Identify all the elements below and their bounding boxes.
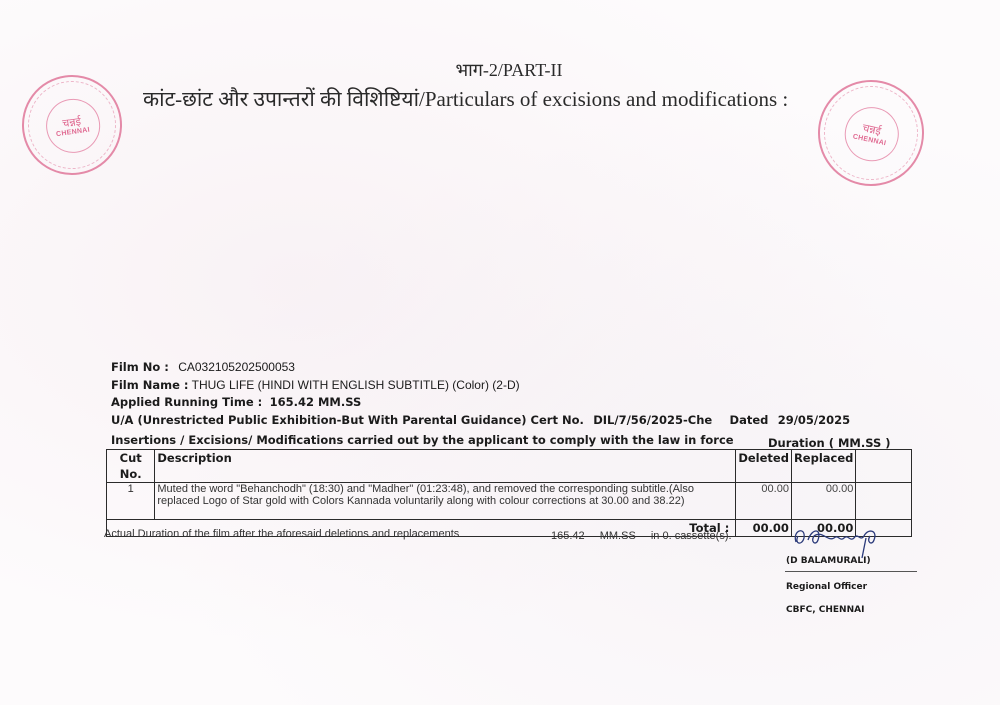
cut-description: Muted the word "Behanchodh" (18:30) and …: [155, 483, 736, 520]
signatory-name: (D BALAMURALI): [786, 556, 871, 566]
film-number-line: Film No : CA032105202500053: [111, 360, 295, 374]
total-deleted: 00.00: [736, 520, 792, 537]
dated-value: 29/05/2025: [778, 413, 850, 427]
dated-label: Dated: [730, 413, 769, 427]
cut-replaced: 00.00: [791, 483, 855, 520]
col-deleted: Deleted: [736, 450, 792, 483]
duration-heading: Duration ( MM.SS ): [768, 436, 891, 450]
col-description: Description: [155, 450, 736, 483]
signature-underline: [785, 571, 917, 572]
film-name-line: Film Name : THUG LIFE (HINDI WITH ENGLIS…: [111, 378, 520, 392]
running-time-value: 165.42 MM.SS: [270, 395, 362, 409]
certificate-line: U/A (Unrestricted Public Exhibition-But …: [111, 413, 850, 427]
running-time-label: Applied Running Time :: [111, 395, 262, 409]
signature-scribble: [788, 520, 888, 560]
cassette-count: in 0. cassette(s).: [651, 530, 732, 542]
actual-duration-unit: MM.SS: [600, 530, 636, 542]
cut-deleted: 00.00: [736, 483, 792, 520]
signatory-office: CBFC, CHENNAI: [786, 605, 864, 615]
cut-blank: [856, 483, 912, 520]
film-number-value: CA032105202500053: [178, 360, 295, 374]
col-replaced: Replaced: [791, 450, 855, 483]
film-name-label: Film Name :: [111, 378, 189, 392]
modifications-heading: Insertions / Excisions/ Modifications ca…: [111, 433, 734, 447]
actual-duration-value: 165.42: [551, 530, 585, 542]
actual-duration-value-line: 165.42 MM.SS in 0. cassette(s).: [551, 530, 732, 542]
cut-number: 1: [107, 483, 155, 520]
col-cut-no: Cut No.: [107, 450, 155, 483]
certificate-number: DIL/7/56/2025-Che: [593, 413, 712, 427]
part-title: भाग-2/PART-II: [0, 58, 1000, 82]
film-name-value: THUG LIFE (HINDI WITH ENGLISH SUBTITLE) …: [192, 378, 520, 392]
col-blank: [856, 450, 912, 483]
film-number-label: Film No :: [111, 360, 169, 374]
actual-duration-label: Actual Duration of the film after the af…: [104, 528, 459, 540]
page-title: कांट-छांट और उपान्तरों की विशिष्टियां/Pa…: [143, 85, 788, 113]
table-header-row: Cut No. Description Deleted Replaced: [107, 450, 912, 483]
table-row: 1 Muted the word "Behanchodh" (18:30) an…: [107, 483, 912, 520]
certificate-label: U/A (Unrestricted Public Exhibition-But …: [111, 413, 584, 427]
signatory-title: Regional Officer: [786, 582, 867, 592]
running-time-line: Applied Running Time : 165.42 MM.SS: [111, 395, 361, 409]
